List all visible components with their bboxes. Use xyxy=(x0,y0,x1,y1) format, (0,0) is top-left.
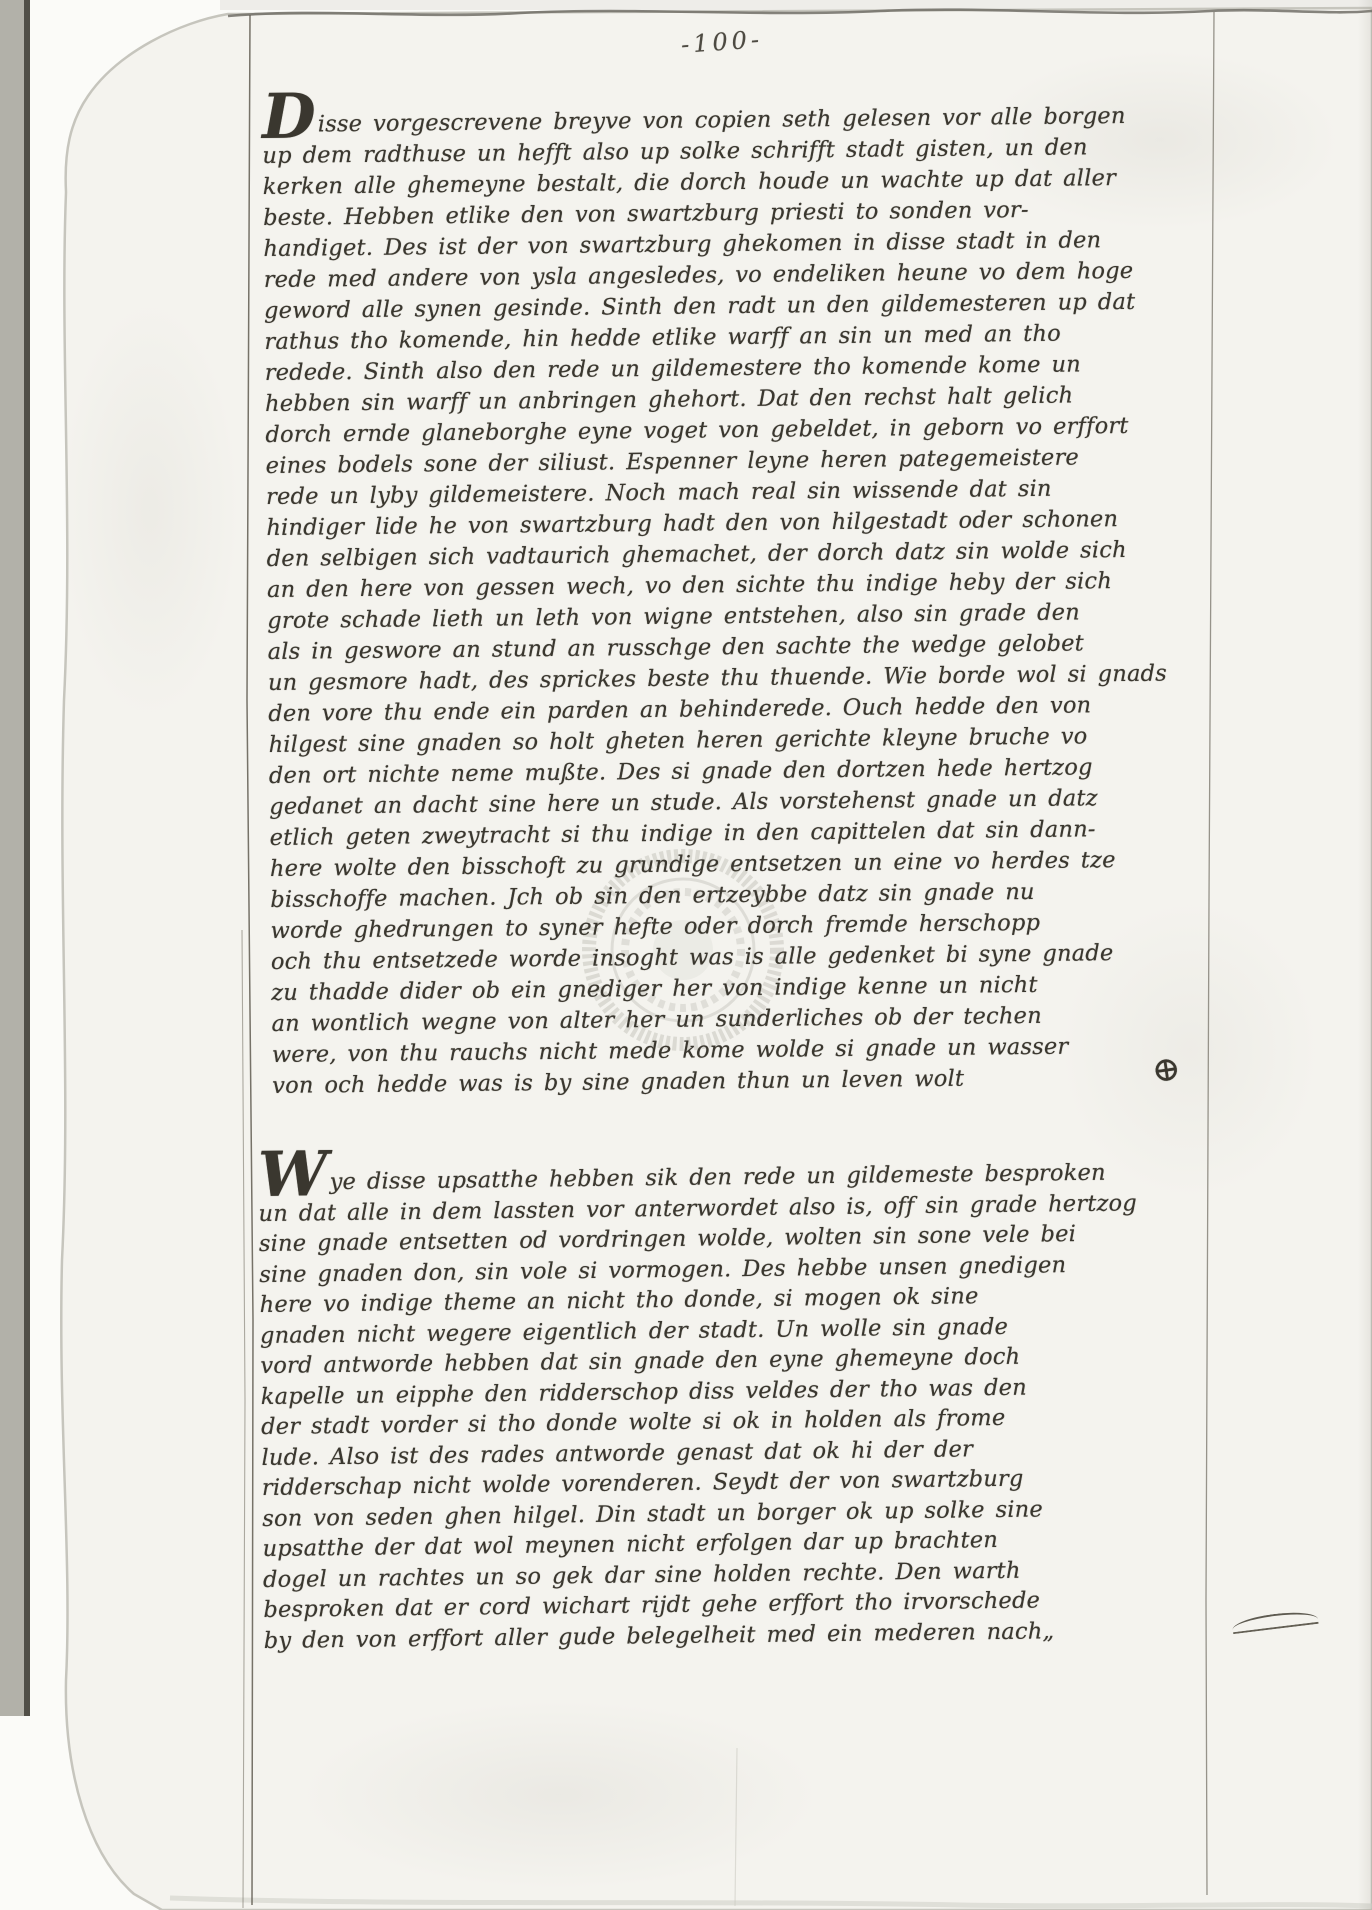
right-edge-shading xyxy=(1358,0,1372,1910)
paragraph-1-end-mark: ⊕ xyxy=(1149,1048,1179,1091)
paragraph-1: Disse vorgescrevene breyve von copien se… xyxy=(262,100,1267,1102)
manuscript-scan: -100- Disse vorgescrevene breyve von cop… xyxy=(0,0,1372,1910)
paragraph-2: Wye disse upsatthe hebben sik den rede u… xyxy=(258,1156,1259,1656)
